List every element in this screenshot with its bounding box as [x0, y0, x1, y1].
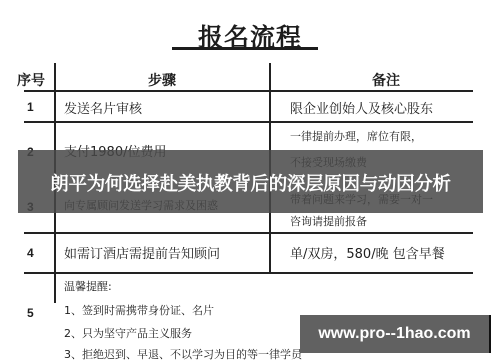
watermark: www.pro--1hao.com [300, 315, 491, 353]
row-5-line-3: 2、只为坚守产品主义服务 [64, 325, 192, 341]
row-1-step: 发送名片审核 [64, 98, 142, 117]
row-2-note-line-1: 一律提前办理，席位有限， [290, 128, 422, 144]
header-no: 序号 [17, 70, 45, 90]
row-divider-1 [24, 121, 473, 123]
row-5-line-2: 1、签到时需携带身份证、名片 [64, 302, 214, 318]
row-4-no: 4 [27, 246, 34, 260]
row-5-no: 5 [27, 306, 34, 320]
row-1-note: 限企业创始人及核心股东 [290, 98, 433, 117]
row-4-note: 单/双房，580/晚 包含早餐 [290, 243, 445, 262]
row-5-line-1: 温馨提醒: [64, 278, 112, 294]
row-divider-4 [24, 272, 473, 274]
row-1-no: 1 [27, 100, 34, 114]
header-divider [24, 90, 473, 92]
title-underline [172, 47, 318, 50]
row-4-step: 如需订酒店需提前告知顾问 [64, 243, 220, 262]
row-5-line-4: 3、拒绝迟到、早退、不以学习为目的等一律学员 [64, 346, 302, 362]
headline-overlay-text: 朗平为何选择赴美执教背后的深层原因与动因分析 [18, 170, 483, 196]
row-divider-2 [24, 232, 473, 234]
row-3-note-line-2: 咨询请提前报备 [290, 213, 367, 229]
header-step: 步骤 [148, 70, 176, 90]
header-note: 备注 [372, 70, 400, 90]
